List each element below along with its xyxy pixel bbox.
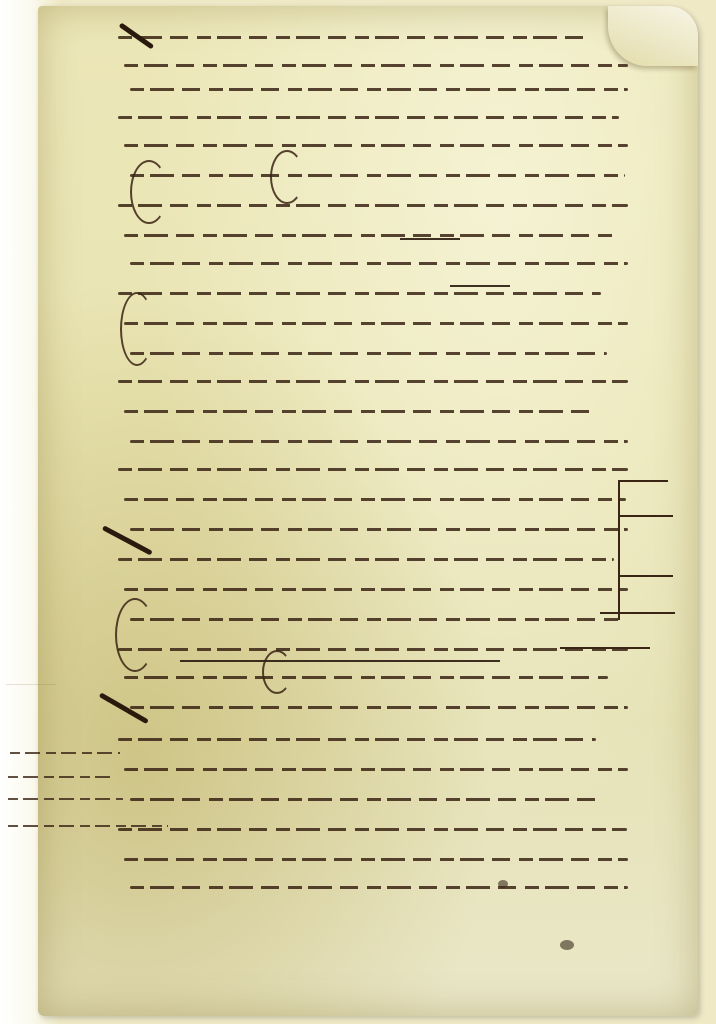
manuscript-line — [124, 322, 628, 325]
struck-through-text — [180, 660, 500, 662]
manuscript-line — [130, 88, 628, 91]
bracket-tick — [600, 612, 675, 614]
manuscript-line — [118, 648, 628, 651]
looped-initial — [130, 160, 168, 224]
bracket-tick — [618, 515, 673, 517]
manuscript-line — [124, 768, 628, 771]
manuscript-line — [124, 234, 613, 237]
manuscript-line — [124, 498, 626, 501]
manuscript-line — [118, 828, 627, 831]
manuscript-line — [130, 798, 602, 801]
struck-through-text — [400, 238, 460, 240]
looped-initial — [120, 292, 154, 366]
manuscript-line — [130, 886, 628, 889]
bracket-tick — [618, 480, 668, 482]
margin-note-line — [10, 752, 120, 754]
bracket-tick — [560, 647, 650, 649]
manuscript-line — [124, 144, 628, 147]
manuscript-line — [124, 410, 595, 413]
margin-note-line — [8, 798, 123, 800]
manuscript-line — [118, 204, 628, 207]
ink-stain — [560, 940, 574, 950]
bracket-tick — [618, 575, 673, 577]
looped-initial — [262, 650, 292, 694]
manuscript-line — [124, 64, 628, 67]
looped-initial — [270, 150, 304, 204]
manuscript-line — [118, 558, 614, 561]
manuscript-line — [124, 588, 628, 591]
looped-initial — [115, 598, 155, 672]
manuscript-line — [118, 380, 628, 383]
manuscript-line — [130, 440, 628, 443]
faded-margin-annotation — [6, 662, 56, 685]
manuscript-line — [118, 468, 628, 471]
manuscript-line — [118, 116, 619, 119]
manuscript-line — [130, 262, 628, 265]
manuscript-sheet: illegible at available resolution — no r… — [38, 6, 698, 1016]
manuscript-line — [130, 174, 625, 177]
ink-stain — [498, 880, 508, 888]
manuscript-line — [118, 738, 596, 741]
struck-through-text — [450, 285, 510, 287]
manuscript-line — [130, 352, 607, 355]
margin-note-line — [8, 825, 168, 827]
manuscript-line — [130, 528, 628, 531]
manuscript-line — [124, 858, 628, 861]
manuscript-photo: illegible at available resolution — no r… — [0, 0, 716, 1024]
margin-note-line — [8, 776, 113, 778]
bracket-vertical — [618, 480, 620, 620]
manuscript-line — [130, 706, 628, 709]
folded-corner — [608, 6, 698, 66]
manuscript-line — [118, 36, 588, 39]
manuscript-line — [130, 618, 620, 621]
manuscript-line — [124, 676, 608, 679]
manuscript-line — [118, 292, 601, 295]
